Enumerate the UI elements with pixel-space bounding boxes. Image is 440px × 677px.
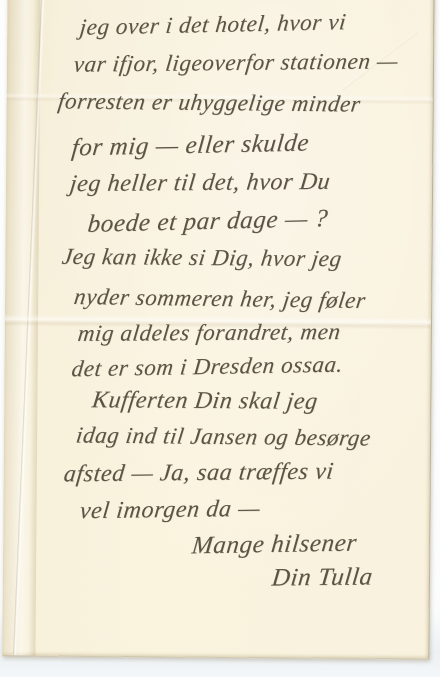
letter-line: boede et par dage — ? — [86, 205, 329, 239]
letter-line: nyder sommeren her, jeg føler — [72, 284, 367, 314]
letter-line: vel imorgen da — — [78, 496, 261, 526]
letter-line: for mig — eller skulde — [70, 130, 310, 163]
scan-background: jeg over i det hotel, hvor vi var ifjor,… — [0, 0, 440, 677]
letter-signature: Din Tulla — [270, 563, 374, 592]
letter-line: mig aldeles forandret, men — [76, 319, 342, 347]
letter-line: var ifjor, ligeoverfor stationen — — [72, 48, 399, 77]
letter-closing: Mange hilsener — [190, 530, 358, 561]
letter-line: det er som i Dresden ossaa. — [70, 352, 344, 383]
letter-line: Kufferten Din skal jeg — [90, 387, 319, 416]
letter-line: forresten er uhyggelige minder — [56, 88, 362, 117]
letter-line: Jeg kan ikke si Dig, hvor jeg — [60, 244, 343, 272]
letter-body: jeg over i det hotel, hvor vi var ifjor,… — [0, 0, 440, 677]
letter-line: jeg heller til det, hvor Du — [68, 169, 332, 198]
letter-line: afsted — Ja, saa træffes vi — [62, 459, 335, 489]
letter-line: idag ind til Jansen og besørge — [74, 422, 372, 451]
letter-line: jeg over i det hotel, hvor vi — [78, 9, 347, 41]
